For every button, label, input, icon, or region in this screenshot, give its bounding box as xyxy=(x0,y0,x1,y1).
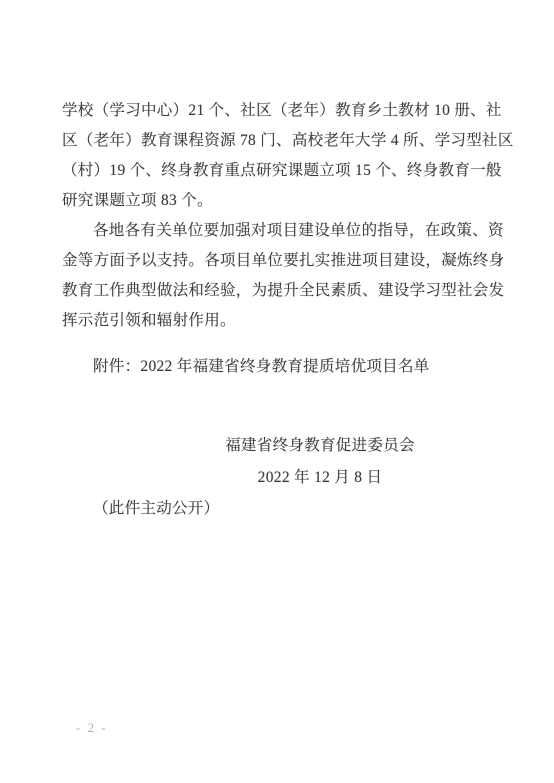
attachment-line: 附件：2022 年福建省终身教育提质培优项目名单 xyxy=(62,352,534,382)
body-paragraph-1: 学校（学习中心）21 个、社区（老年）教育乡土教材 10 册、社 区（老年）教育… xyxy=(62,96,534,216)
publicity-note: （此件主动公开） xyxy=(62,494,534,524)
signature-block: 福建省终身教育促进委员会 2022 年 12 月 8 日 xyxy=(200,430,440,494)
body-paragraph-2: 各地各有关单位要加强对项目建设单位的指导，在政策、资 金等方面予以支持。各项目单… xyxy=(62,216,534,336)
signature-date: 2022 年 12 月 8 日 xyxy=(200,462,440,494)
document-body: 学校（学习中心）21 个、社区（老年）教育乡土教材 10 册、社 区（老年）教育… xyxy=(62,0,534,524)
page-number: - 2 - xyxy=(76,720,108,736)
document-page: 学校（学习中心）21 个、社区（老年）教育乡土教材 10 册、社 区（老年）教育… xyxy=(0,0,554,783)
signature-organization: 福建省终身教育促进委员会 xyxy=(200,430,440,462)
